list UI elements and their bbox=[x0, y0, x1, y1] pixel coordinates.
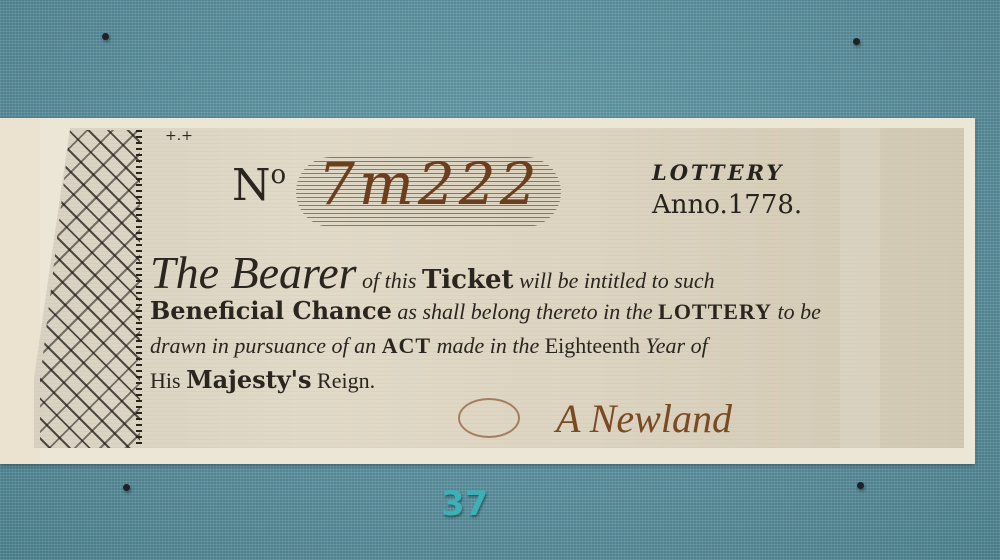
text-fragment: drawn in pursuance of an bbox=[150, 333, 382, 358]
pin bbox=[853, 38, 860, 45]
text-fragment: as shall belong thereto in the bbox=[392, 299, 658, 324]
act-word: ACT bbox=[382, 333, 431, 358]
text-fragment: Reign. bbox=[312, 368, 376, 393]
eighteenth-word: Eighteenth bbox=[545, 333, 640, 358]
zigzag-border bbox=[136, 130, 142, 448]
number-prefix: N bbox=[232, 160, 271, 211]
ticket-number: 7m222 bbox=[318, 150, 541, 218]
ticket-word: Ticket bbox=[422, 265, 514, 295]
ticket-text-line-2: Beneficial Chance as shall belong theret… bbox=[150, 296, 821, 325]
bearer-phrase: The Bearer bbox=[150, 247, 357, 298]
ticket-number-label: No bbox=[232, 160, 286, 211]
lottery-word: LOTTERY bbox=[658, 299, 772, 324]
ticket-text-line-1: The Bearer of this Ticket will be intitl… bbox=[150, 246, 715, 299]
text-fragment: will be intitled to such bbox=[514, 268, 715, 293]
year-value: 1778. bbox=[728, 190, 802, 220]
pin bbox=[123, 484, 130, 491]
text-fragment: of this bbox=[357, 268, 422, 293]
pin bbox=[857, 482, 864, 489]
ticket-text-line-4: His Majesty's Reign. bbox=[150, 365, 375, 394]
lottery-heading: LOTTERY bbox=[652, 160, 784, 185]
text-fragment: His bbox=[150, 368, 186, 393]
year-line: Anno.1778. bbox=[652, 190, 802, 220]
beneficial-chance: Beneficial Chance bbox=[150, 296, 392, 325]
exhibit-label-number: 37 bbox=[441, 484, 488, 524]
corner-mark: +.+ bbox=[165, 128, 193, 144]
text-fragment: made in the bbox=[431, 333, 545, 358]
signature: A Newland bbox=[556, 395, 732, 442]
ticket-text-line-3: drawn in pursuance of an ACT made in the… bbox=[150, 333, 708, 359]
year-label: Anno. bbox=[652, 190, 728, 220]
signature-flourish bbox=[458, 398, 520, 438]
ticket-stub-fold bbox=[840, 128, 880, 448]
number-prefix-superscript: o bbox=[271, 160, 287, 190]
pin bbox=[102, 33, 109, 40]
text-fragment: Year of bbox=[640, 333, 708, 358]
text-fragment: to be bbox=[772, 299, 821, 324]
majesty-word: Majesty's bbox=[186, 365, 311, 394]
